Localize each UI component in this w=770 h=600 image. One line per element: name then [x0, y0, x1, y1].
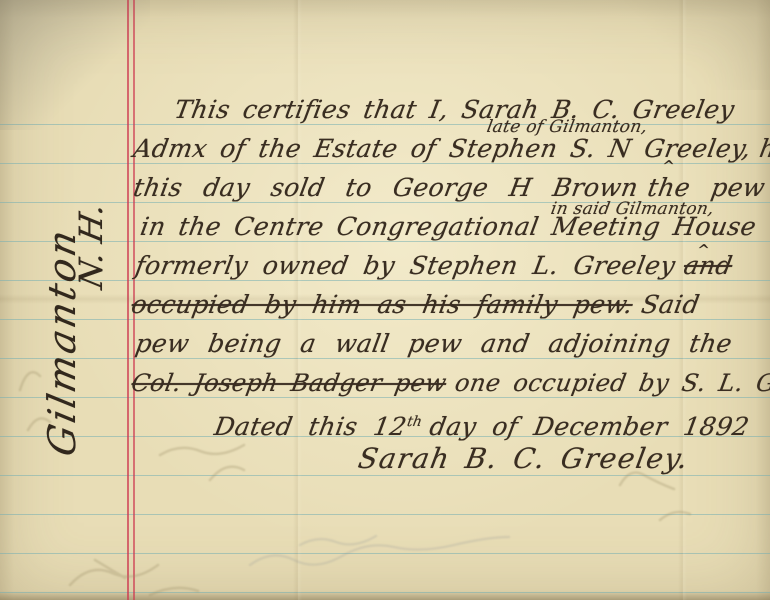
scanned-document-page: Gilmanton N. H. This certifies that I, S… — [0, 0, 770, 600]
struck-out-text: occupied by him as his family pew. — [129, 290, 635, 319]
handwritten-line-1: This certifies that I, Sarah B. C. Greel… — [172, 95, 737, 125]
line-text: day of December 1892 — [428, 412, 752, 441]
docket-state-text: N. H. — [72, 157, 110, 292]
line-text: Admx of the Estate of Stephen S. N Greel… — [131, 134, 753, 163]
line-text: one occupied by S. L. Greeley — [453, 369, 770, 397]
struck-out-text: Col. Joseph Badger pew — [129, 369, 449, 397]
line-text: Dated this 12 — [212, 412, 409, 441]
signature: Sarah B. C. Greeley. — [356, 444, 691, 474]
handwritten-line-4: in the Centre Congregational Meeting Hou… — [138, 212, 759, 242]
line-text: have — [757, 134, 770, 163]
handwritten-date-line: Dated this 12thday of December 1892 — [212, 407, 752, 442]
ordinal-superscript: th — [406, 414, 423, 430]
line-text: the pew — [645, 173, 767, 202]
handwritten-line-8: Col. Joseph Badger pewone occupied by S.… — [129, 368, 770, 398]
handwritten-line-6: occupied by him as his family pew.Said — [129, 290, 702, 320]
margin-docket-note: Gilmanton N. H. — [40, 165, 125, 460]
line-text: formerly owned by Stephen L. Greeley — [133, 251, 678, 280]
struck-out-text: and — [682, 251, 735, 280]
line-text: this day sold to George H Brown — [131, 173, 640, 202]
line-text: Said — [639, 290, 702, 319]
handwritten-line-5: formerly owned by Stephen L. Greeleyand — [133, 251, 735, 281]
handwritten-line-7: pew being a wall pew and adjoining the — [133, 329, 734, 359]
